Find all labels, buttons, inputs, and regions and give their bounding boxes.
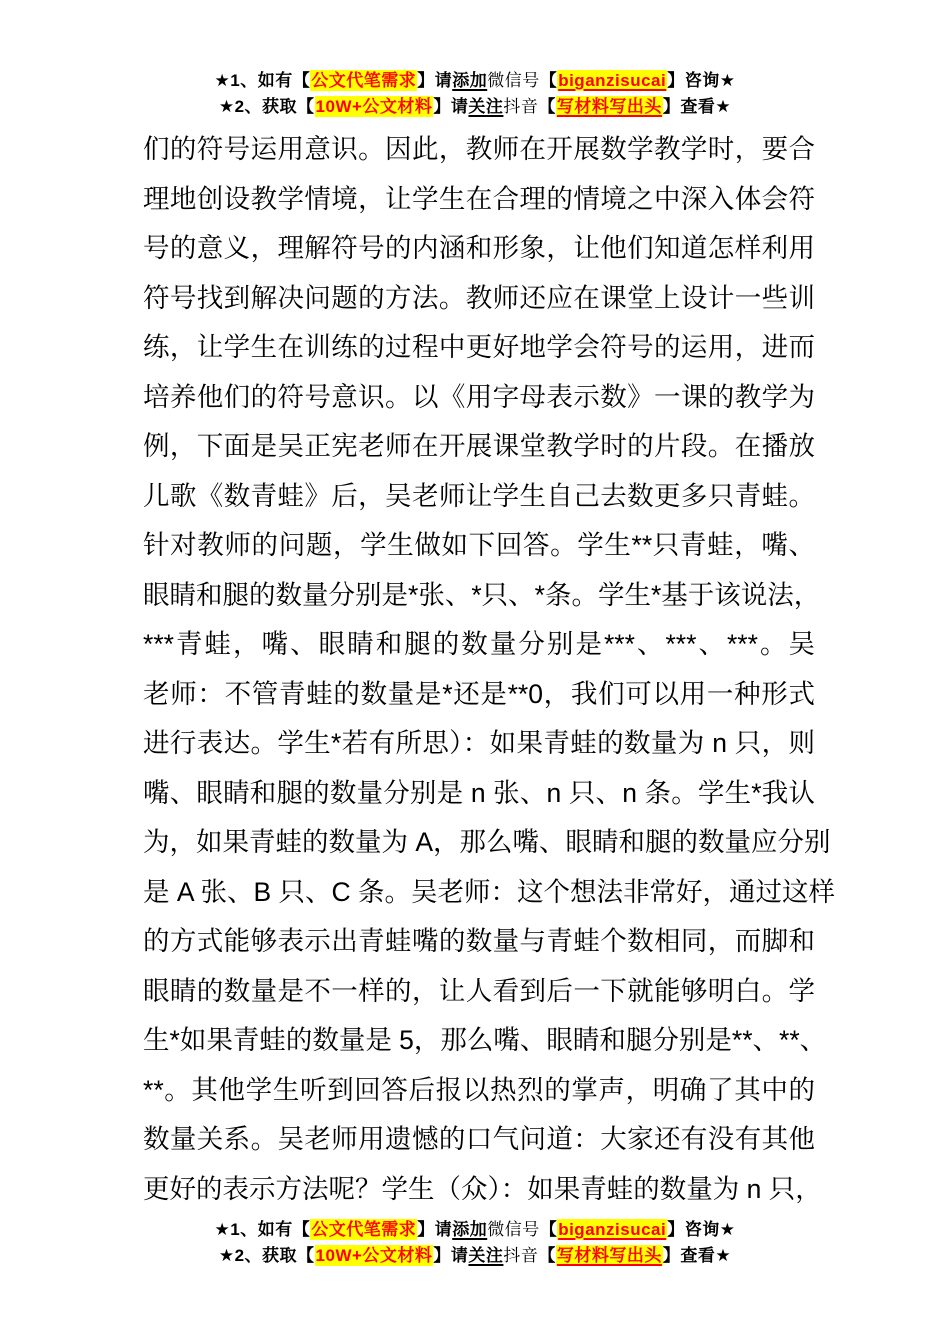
promo-line-1: ★1、如有【公文代笔需求】请添加微信号【biganzisucai】咨询★ — [0, 68, 950, 94]
promo-highlight-wechat-id: biganzisucai — [557, 70, 667, 91]
promo-text: 【 — [538, 1246, 556, 1265]
promo-underline-action: 添加 — [452, 1220, 487, 1239]
body-text-line: 们的符号运用意识。因此，教师在开展数学教学时，要合 — [143, 125, 815, 175]
document-page: ★1、如有【公文代笔需求】请添加微信号【biganzisucai】咨询★ ★2、… — [0, 0, 950, 1344]
promo-highlight-service: 公文代笔需求 — [310, 1219, 417, 1240]
promo-underline-action: 添加 — [452, 71, 487, 90]
promo-line-2: ★2、获取【10W+公文材料】请关注抖音【写材料写出头】查看★ — [0, 1243, 950, 1269]
body-text-line: 生*如果青蛙的数量是 5，那么嘴、眼睛和腿分别是**、**、 — [143, 1016, 815, 1066]
promo-text: 抖音 — [503, 97, 538, 116]
body-text-line: 号的意义，理解符号的内涵和形象，让他们知道怎样利用 — [143, 224, 815, 274]
body-text-line: 眼睛的数量是不一样的，让人看到后一下就能够明白。学 — [143, 967, 815, 1017]
promo-text: 】查看★ — [663, 97, 731, 116]
body-text-line: 理地创设教学情境，让学生在合理的情境之中深入体会符 — [143, 175, 815, 225]
promo-text: 】咨询★ — [667, 71, 735, 90]
promo-banner-top: ★1、如有【公文代笔需求】请添加微信号【biganzisucai】咨询★ ★2、… — [0, 68, 950, 120]
promo-text: ★1、如有【 — [215, 71, 311, 90]
promo-text: 】请 — [433, 1246, 468, 1265]
promo-line-2: ★2、获取【10W+公文材料】请关注抖音【写材料写出头】查看★ — [0, 94, 950, 120]
document-body: 们的符号运用意识。因此，教师在开展数学教学时，要合 理地创设教学情境，让学生在合… — [143, 125, 815, 1214]
promo-text: 【 — [540, 1220, 558, 1239]
promo-highlight-wechat-id: biganzisucai — [557, 1219, 667, 1240]
promo-banner-bottom: ★1、如有【公文代笔需求】请添加微信号【biganzisucai】咨询★ ★2、… — [0, 1217, 950, 1269]
body-text-line: 针对教师的问题，学生做如下回答。学生**只青蛙，嘴、 — [143, 521, 815, 571]
body-text-line: 嘴、眼睛和腿的数量分别是 n 张、n 只、n 条。学生*我认 — [143, 769, 815, 819]
body-text-line: 老师：不管青蛙的数量是*还是**0，我们可以用一种形式 — [143, 670, 815, 720]
body-text-line: 练，让学生在训练的过程中更好地学会符号的运用，进而 — [143, 323, 815, 373]
promo-text: 】请 — [417, 71, 452, 90]
body-text-line: 数量关系。吴老师用遗憾的口气问道：大家还有没有其他 — [143, 1115, 815, 1165]
body-text-line: 眼睛和腿的数量分别是*张、*只、*条。学生*基于该说法， — [143, 571, 815, 621]
promo-text: 【 — [540, 71, 558, 90]
body-text-line: 是 A 张、B 只、C 条。吴老师：这个想法非常好，通过这样 — [143, 868, 815, 918]
promo-text: ★1、如有【 — [215, 1220, 311, 1239]
promo-highlight-materials: 10W+公文材料 — [315, 96, 434, 117]
promo-line-1: ★1、如有【公文代笔需求】请添加微信号【biganzisucai】咨询★ — [0, 1217, 950, 1243]
promo-text: 】咨询★ — [667, 1220, 735, 1239]
promo-underline-action: 关注 — [468, 1246, 503, 1265]
body-text-line: **。其他学生听到回答后报以热烈的掌声，明确了其中的 — [143, 1066, 815, 1116]
promo-text: 【 — [538, 97, 556, 116]
promo-underline-action: 关注 — [468, 97, 503, 116]
body-text-line: 儿歌《数青蛙》后，吴老师让学生自己去数更多只青蛙。 — [143, 472, 815, 522]
body-text-line: 更好的表示方法呢？学生（众）：如果青蛙的数量为 n 只， — [143, 1165, 815, 1215]
promo-text: 微信号 — [487, 1220, 540, 1239]
promo-highlight-douyin-name: 写材料写出头 — [556, 96, 663, 117]
body-text-line: 进行表达。学生*若有所思）：如果青蛙的数量为 n 只，则 — [143, 719, 815, 769]
promo-text: ★2、获取【 — [219, 1246, 315, 1265]
promo-highlight-service: 公文代笔需求 — [310, 70, 417, 91]
promo-highlight-douyin-name: 写材料写出头 — [556, 1245, 663, 1266]
body-text-line: ***青蛙，嘴、眼睛和腿的数量分别是***、***、***。吴 — [143, 620, 815, 670]
body-text-line: 的方式能够表示出青蛙嘴的数量与青蛙个数相同，而脚和 — [143, 917, 815, 967]
promo-text: 抖音 — [503, 1246, 538, 1265]
promo-text: 】请 — [417, 1220, 452, 1239]
body-text-line: 培养他们的符号意识。以《用字母表示数》一课的教学为 — [143, 373, 815, 423]
promo-text: 】查看★ — [663, 1246, 731, 1265]
body-text-line: 符号找到解决问题的方法。教师还应在课堂上设计一些训 — [143, 274, 815, 324]
body-text-line: 例，下面是吴正宪老师在开展课堂教学时的片段。在播放 — [143, 422, 815, 472]
promo-highlight-materials: 10W+公文材料 — [315, 1245, 434, 1266]
promo-text: ★2、获取【 — [219, 97, 315, 116]
body-text-line: 为，如果青蛙的数量为 A，那么嘴、眼睛和腿的数量应分别 — [143, 818, 815, 868]
promo-text: 】请 — [433, 97, 468, 116]
promo-text: 微信号 — [487, 71, 540, 90]
